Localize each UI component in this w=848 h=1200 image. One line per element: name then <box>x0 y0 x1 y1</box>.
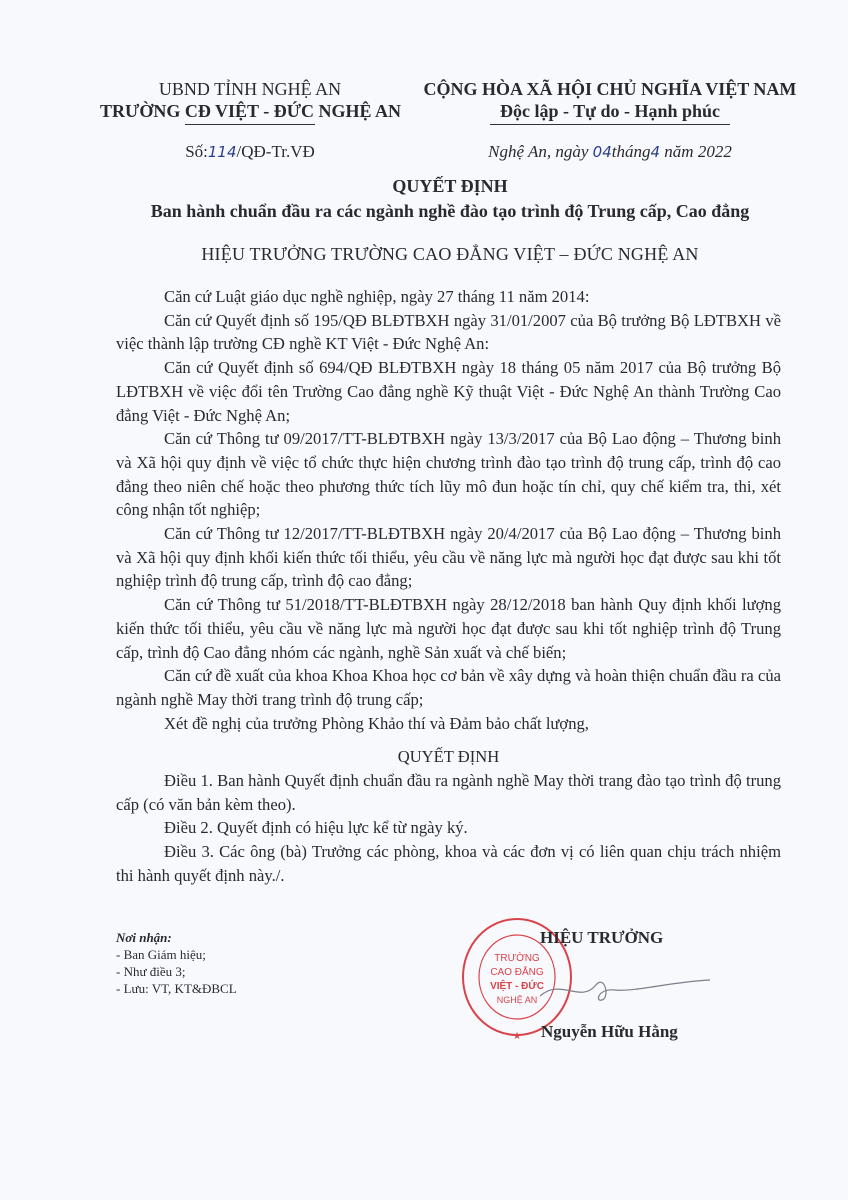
national-heading: CỘNG HÒA XÃ HỘI CHỦ NGHĨA VIỆT NAM Độc l… <box>400 78 820 125</box>
svg-text:NGHỆ AN: NGHỆ AN <box>497 995 538 1005</box>
article-2: Điều 2. Quyết định có hiệu lực kể từ ngà… <box>116 816 781 840</box>
svg-text:VIỆT - ĐỨC: VIỆT - ĐỨC <box>490 979 544 992</box>
signatory-name: Nguyễn Hữu Hằng <box>541 1022 678 1042</box>
preamble-item: Căn cứ Luật giáo dục nghề nghiệp, ngày 2… <box>116 285 781 309</box>
svg-text:CAO ĐẲNG: CAO ĐẲNG <box>490 965 544 978</box>
preamble-item: Căn cứ Thông tư 51/2018/TT-BLĐTBXH ngày … <box>116 593 781 664</box>
issuer-underline <box>185 124 315 125</box>
handwritten-month: 4 <box>651 143 661 161</box>
decision-heading: QUYẾT ĐỊNH <box>116 745 781 769</box>
document-number: Số:114/QĐ-Tr.VĐ <box>100 142 400 162</box>
preamble-item: Căn cứ đề xuất của khoa Khoa Khoa học cơ… <box>116 664 781 711</box>
recipient-item: - Lưu: VT, KT&ĐBCL <box>116 980 237 997</box>
preamble-item: Căn cứ Quyết định số 195/QĐ BLĐTBXH ngày… <box>116 309 781 356</box>
recipients-block: Nơi nhận: - Ban Giám hiệu; - Như điều 3;… <box>116 929 237 997</box>
recipient-item: - Ban Giám hiệu; <box>116 946 237 963</box>
motto-underline <box>490 124 730 125</box>
signatory-title: HIỆU TRƯỞNG <box>540 928 663 948</box>
svg-text:TRƯỜNG: TRƯỜNG <box>494 951 540 964</box>
issuing-authority: HIỆU TRƯỞNG TRƯỜNG CAO ĐẲNG VIỆT – ĐỨC N… <box>100 244 800 265</box>
national-title: CỘNG HÒA XÃ HỘI CHỦ NGHĨA VIỆT NAM <box>400 78 820 100</box>
handwritten-number: 114 <box>208 143 237 161</box>
preamble-item: Căn cứ Thông tư 12/2017/TT-BLĐTBXH ngày … <box>116 522 781 593</box>
article-1: Điều 1. Ban hành Quyết định chuẩn đầu ra… <box>116 769 781 816</box>
document-body: Căn cứ Luật giáo dục nghề nghiệp, ngày 2… <box>116 285 781 888</box>
signature-scribble-icon <box>540 968 710 1008</box>
document-subtitle: Ban hành chuẩn đầu ra các ngành nghề đào… <box>100 201 800 222</box>
preamble-item: Căn cứ Quyết định số 694/QĐ BLĐTBXH ngày… <box>116 356 781 427</box>
issuer-block: UBND TỈNH NGHỆ AN TRƯỜNG CĐ VIỆT - ĐỨC N… <box>100 78 400 125</box>
issuer-name: TRƯỜNG CĐ VIỆT - ĐỨC NGHỆ AN <box>100 100 400 122</box>
document-page: UBND TỈNH NGHỆ AN TRƯỜNG CĐ VIỆT - ĐỨC N… <box>0 0 848 1200</box>
national-motto: Độc lập - Tự do - Hạnh phúc <box>400 100 820 122</box>
document-date: Nghệ An, ngày 04tháng4 năm 2022 <box>400 142 820 162</box>
article-3: Điều 3. Các ông (bà) Trưởng các phòng, k… <box>116 840 781 887</box>
issuer-parent: UBND TỈNH NGHỆ AN <box>100 78 400 100</box>
recipient-item: - Như điều 3; <box>116 963 237 980</box>
handwritten-day: 04 <box>593 143 612 161</box>
preamble-item: Căn cứ Thông tư 09/2017/TT-BLĐTBXH ngày … <box>116 427 781 522</box>
preamble-item: Xét đề nghị của trưởng Phòng Khảo thí và… <box>116 712 781 736</box>
document-title: QUYẾT ĐỊNH <box>100 176 800 197</box>
recipients-label: Nơi nhận: <box>116 929 237 946</box>
svg-text:★: ★ <box>513 1031 522 1042</box>
